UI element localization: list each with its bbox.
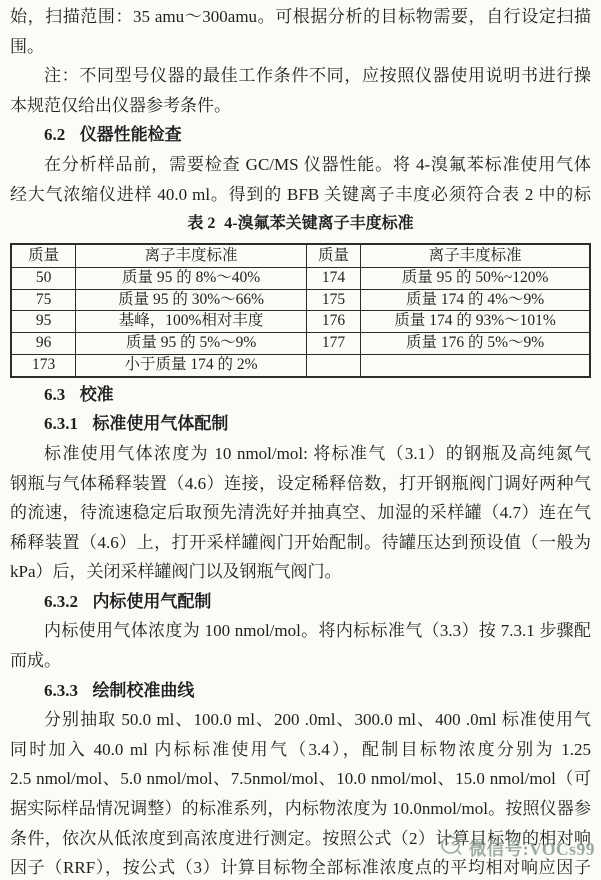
- section-heading-6-2: 6.2仪器性能检查: [10, 120, 591, 150]
- paragraph-line: 稀释装置（4.6）上，打开采样罐阀门开始配制。待罐压达到预设值（一般为 172: [10, 528, 591, 558]
- table-caption: 表 24-溴氟苯关键离子丰度标准: [10, 209, 591, 239]
- section-number: 6.2: [44, 125, 65, 144]
- table-row: 173 小于质量 174 的 2%: [11, 354, 590, 376]
- section-title: 标准使用气体配制: [92, 414, 228, 433]
- paragraph-line: 内标使用气体浓度为 100 nmol/mol。将内标标准气（3.3）按 7.3.…: [10, 616, 591, 646]
- note-line: 本规范仅给出仪器参考条件。: [10, 91, 591, 121]
- table-cell: 175: [306, 289, 360, 311]
- paragraph-line: kPa）后，关闭采样罐阀门以及钢瓶气阀门。: [10, 557, 591, 587]
- table-cell: 基峰，100%相对丰度: [76, 311, 306, 333]
- table-header-row: 质量 离子丰度标准 质量 离子丰度标准: [11, 244, 590, 268]
- table-cell: 96: [11, 333, 76, 355]
- paragraph-line: 同时加入 40.0 ml 内标标准使用气（3.4），配制目标物浓度分别为 1.2…: [10, 735, 591, 765]
- table-row: 50 质量 95 的 8%～40% 174 质量 95 的 50%~120%: [11, 267, 590, 289]
- bfb-ion-abundance-table: 质量 离子丰度标准 质量 离子丰度标准 50 质量 95 的 8%～40% 17…: [10, 243, 591, 378]
- table-row: 96 质量 95 的 5%～9% 177 质量 176 的 5%～9%: [11, 333, 590, 355]
- table-cell: 质量 95 的 5%～9%: [76, 333, 306, 355]
- paragraph-line: 因子（RRF），按公式（3）计算目标物全部标准浓度点的平均相对响应因子: [10, 853, 591, 880]
- note-line: 注：不同型号仪器的最佳工作条件不同，应按照仪器使用说明书进行操作。: [10, 61, 591, 91]
- section-heading-6-3-1: 6.3.1标准使用气体配制: [10, 409, 591, 439]
- table-cell: 177: [306, 333, 360, 355]
- table-cell: 质量 174 的 93%～101%: [361, 311, 590, 333]
- table-cell: [361, 354, 590, 376]
- section-heading-6-3-2: 6.3.2内标使用气配制: [10, 587, 591, 617]
- table-caption-title: 4-溴氟苯关键离子丰度标准: [224, 215, 413, 232]
- paragraph-line: 标准使用气体浓度为 10 nmol/mol: 将标准气（3.1）的钢瓶及高纯氮气…: [10, 439, 591, 469]
- section-number: 6.3.1: [44, 414, 78, 433]
- document-page: 始，扫描范围：35 amu～300amu。可根据分析的目标物需要，自行设定扫描范…: [0, 0, 601, 880]
- table-cell: 质量 176 的 5%～9%: [361, 333, 590, 355]
- column-header: 质量: [306, 244, 360, 268]
- table-caption-label: 表 2: [187, 215, 215, 232]
- table-cell: 173: [11, 354, 76, 376]
- paragraph-line: 2.5 nmol/mol、5.0 nmol/mol、7.5nmol/mol、10…: [10, 764, 591, 794]
- section-heading-6-3: 6.3校准: [10, 380, 591, 410]
- table-cell: 质量 95 的 8%～40%: [76, 267, 306, 289]
- section-number: 6.3.3: [44, 681, 78, 700]
- paragraph-line: 的流速，待流速稳定后取预先清洗好并抽真空、加湿的采样罐（4.7）连在气体: [10, 498, 591, 528]
- table-row: 95 基峰，100%相对丰度 176 质量 174 的 93%～101%: [11, 311, 590, 333]
- section-title: 绘制校准曲线: [92, 681, 194, 700]
- table-cell: 95: [11, 311, 76, 333]
- table-cell: 50: [11, 267, 76, 289]
- section-title: 仪器性能检查: [80, 125, 182, 144]
- paragraph-line: 在分析样品前，需要检查 GC/MS 仪器性能。将 4-溴氟苯标准使用气体（3.6…: [10, 150, 591, 180]
- table-row: 75 质量 95 的 30%～66% 175 质量 174 的 4%～9%: [11, 289, 590, 311]
- paragraph-line: 始，扫描范围：35 amu～300amu。可根据分析的目标物需要，自行设定扫描范: [10, 2, 591, 32]
- table-cell: 质量 95 的 30%～66%: [76, 289, 306, 311]
- paragraph-line: 条件，依次从低浓度到高浓度进行测定。按照公式（2）计算目标物的相对响应: [10, 824, 591, 854]
- paragraph-line: 据实际样品情况调整）的标准系列，内标物浓度为 10.0nmol/mol。按照仪器…: [10, 794, 591, 824]
- table-cell: 174: [306, 267, 360, 289]
- column-header: 离子丰度标准: [361, 244, 590, 268]
- table-cell: 176: [306, 311, 360, 333]
- paragraph-line: 经大气浓缩仪进样 40.0 ml。得到的 BFB 关键离子丰度必须符合表 2 中…: [10, 180, 591, 210]
- section-title: 内标使用气配制: [92, 592, 211, 611]
- paragraph-line: 而成。: [10, 646, 591, 676]
- table-cell: [306, 354, 360, 376]
- table-cell: 小于质量 174 的 2%: [76, 354, 306, 376]
- section-title: 校准: [80, 385, 114, 404]
- section-heading-6-3-3: 6.3.3绘制校准曲线: [10, 676, 591, 706]
- table-cell: 质量 174 的 4%～9%: [361, 289, 590, 311]
- table-cell: 质量 95 的 50%~120%: [361, 267, 590, 289]
- section-number: 6.3: [44, 385, 65, 404]
- column-header: 质量: [11, 244, 76, 268]
- paragraph-line: 钢瓶与气体稀释装置（4.6）连接，设定稀释倍数，打开钢瓶阀门调好两种气体: [10, 469, 591, 499]
- section-number: 6.3.2: [44, 592, 78, 611]
- paragraph-line: 围。: [10, 32, 591, 62]
- table-cell: 75: [11, 289, 76, 311]
- paragraph-line: 分别抽取 50.0 ml、100.0 ml、200 .0ml、300.0 ml、…: [10, 705, 591, 735]
- column-header: 离子丰度标准: [76, 244, 306, 268]
